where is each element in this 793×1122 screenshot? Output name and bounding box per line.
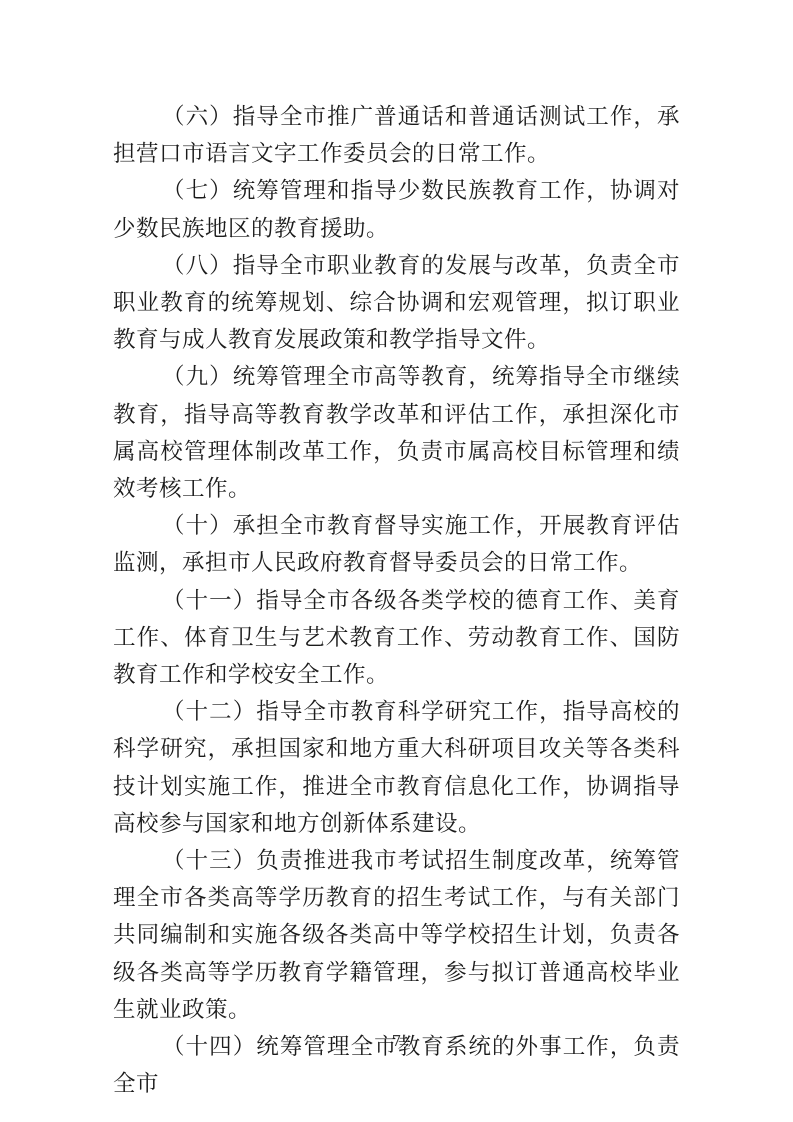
paragraph: （十）承担全市教育督导实施工作，开展教育评估监测，承担市人民政府教育督导委员会的… bbox=[113, 508, 680, 582]
page-number: 7 bbox=[392, 1031, 402, 1051]
document-body: （六）指导全市推广普通话和普通话测试工作，承担营口市语言文字工作委员会的日常工作… bbox=[113, 99, 680, 1103]
paragraph: （十二）指导全市教育科学研究工作，指导高校的科学研究，承担国家和地方重大科研项目… bbox=[113, 694, 680, 843]
paragraph: （九）统筹管理全市高等教育，统筹指导全市继续教育，指导高等教育教学改革和评估工作… bbox=[113, 359, 680, 508]
page-footer: 7 bbox=[0, 1031, 793, 1051]
paragraph: （十一）指导全市各级各类学校的德育工作、美育工作、体育卫生与艺术教育工作、劳动教… bbox=[113, 583, 680, 695]
document-page: （六）指导全市推广普通话和普通话测试工作，承担营口市语言文字工作委员会的日常工作… bbox=[0, 0, 793, 1122]
paragraph: （十三）负责推进我市考试招生制度改革，统筹管理全市各类高等学历教育的招生考试工作… bbox=[113, 843, 680, 1029]
paragraph: （七）统筹管理和指导少数民族教育工作，协调对少数民族地区的教育援助。 bbox=[113, 173, 680, 247]
paragraph: （六）指导全市推广普通话和普通话测试工作，承担营口市语言文字工作委员会的日常工作… bbox=[113, 99, 680, 173]
paragraph: （八）指导全市职业教育的发展与改革，负责全市职业教育的统筹规划、综合协调和宏观管… bbox=[113, 248, 680, 360]
